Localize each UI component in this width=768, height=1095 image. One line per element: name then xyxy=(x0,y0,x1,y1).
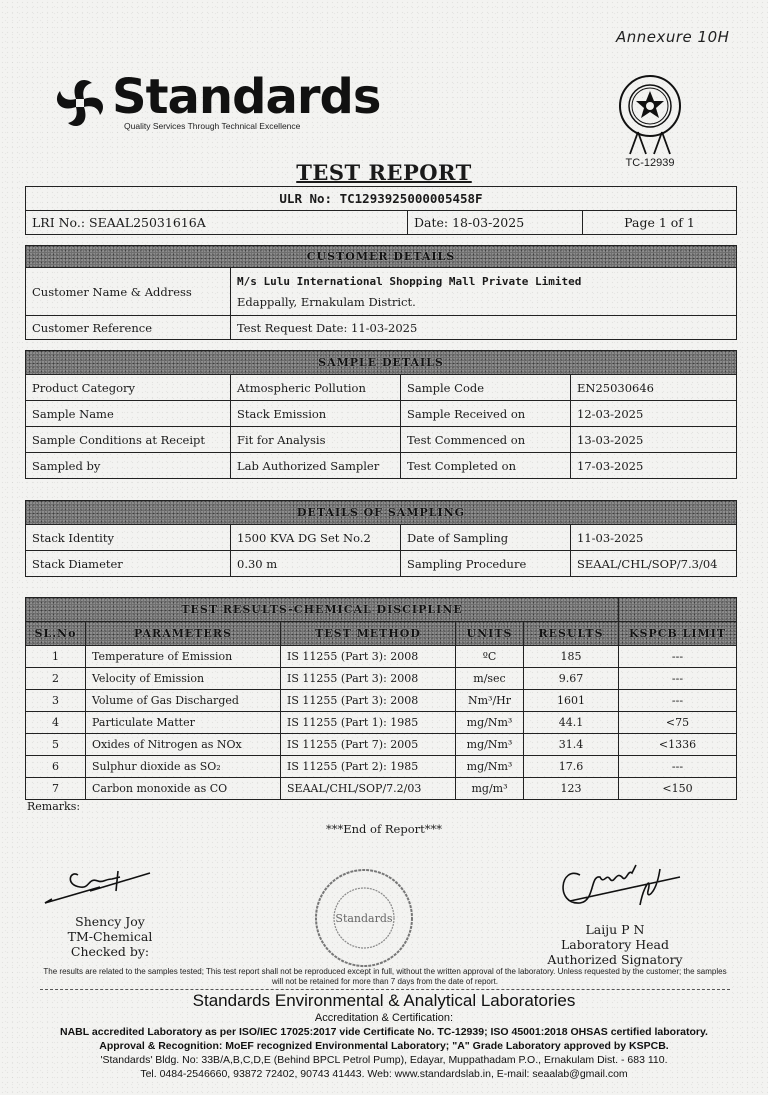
row-result: 17.6 xyxy=(524,756,619,778)
row-sl: 3 xyxy=(26,690,86,712)
section-header-sampling: DETAILS OF SAMPLING xyxy=(26,501,737,525)
row-limit: <150 xyxy=(619,778,737,800)
section-header-customer: CUSTOMER DETAILS xyxy=(26,246,737,268)
row-method: IS 11255 (Part 3): 2008 xyxy=(281,690,456,712)
row-parameter: Oxides of Nitrogen as NOx xyxy=(86,734,281,756)
row-method: IS 11255 (Part 3): 2008 xyxy=(281,668,456,690)
approval-line: Approval & Recognition: MoEF recognized … xyxy=(0,1039,768,1053)
accreditation-heading: Accreditation & Certification: xyxy=(0,1011,768,1025)
row-limit: --- xyxy=(619,668,737,690)
customer-address: Edappally, Ernakulam District. xyxy=(237,292,730,312)
checker-role: TM-Chemical xyxy=(40,929,180,944)
section-header-sample: SAMPLE DETAILS xyxy=(26,351,737,375)
checker-caption: Checked by: xyxy=(40,944,180,959)
field-value: SEAAL/CHL/SOP/7.3/04 xyxy=(571,551,737,577)
row-parameter: Particulate Matter xyxy=(86,712,281,734)
row-method: SEAAL/CHL/SOP/7.2/03 xyxy=(281,778,456,800)
table-row: 4Particulate MatterIS 11255 (Part 1): 19… xyxy=(26,712,737,734)
field-value: Lab Authorized Sampler xyxy=(231,453,401,479)
field-label: Sample Code xyxy=(401,375,571,401)
row-sl: 2 xyxy=(26,668,86,690)
table-row: 1Temperature of EmissionIS 11255 (Part 3… xyxy=(26,646,737,668)
logo-wordmark: Standards xyxy=(112,74,380,120)
row-method: IS 11255 (Part 3): 2008 xyxy=(281,646,456,668)
col-header-sl: SL.No xyxy=(26,622,86,646)
end-of-report: ***End of Report*** xyxy=(0,822,768,836)
section-header-results: TEST RESULTS-CHEMICAL DISCIPLINE xyxy=(26,598,619,622)
row-parameter: Volume of Gas Discharged xyxy=(86,690,281,712)
table-row: 5Oxides of Nitrogen as NOxIS 11255 (Part… xyxy=(26,734,737,756)
row-parameter: Velocity of Emission xyxy=(86,668,281,690)
row-unit: mg/Nm³ xyxy=(456,734,524,756)
row-result: 185 xyxy=(524,646,619,668)
nabl-seal-icon xyxy=(616,74,684,156)
field-label: Product Category xyxy=(26,375,231,401)
field-value: 0.30 m xyxy=(231,551,401,577)
col-header-units: UNITS xyxy=(456,622,524,646)
lri-number: LRI No.: SEAAL25031616A xyxy=(26,211,408,235)
signature-icon xyxy=(40,865,180,905)
page-number: Page 1 of 1 xyxy=(583,211,737,235)
logo-tagline: Quality Services Through Technical Excel… xyxy=(124,121,380,131)
address-line: 'Standards' Bldg. No: 33B/A,B,C,D,E (Beh… xyxy=(0,1053,768,1067)
row-parameter: Temperature of Emission xyxy=(86,646,281,668)
row-sl: 1 xyxy=(26,646,86,668)
report-id-table: ULR No: TC1293925000005458F LRI No.: SEA… xyxy=(25,186,737,235)
row-method: IS 11255 (Part 1): 1985 xyxy=(281,712,456,734)
nabl-accreditation-mark: TC-12939 xyxy=(614,74,686,169)
customer-details-table: CUSTOMER DETAILS Customer Name & Address… xyxy=(25,245,737,340)
col-header-method: TEST METHOD xyxy=(281,622,456,646)
field-label: Sample Conditions at Receipt xyxy=(26,427,231,453)
sample-row: Product Category Atmospheric Pollution S… xyxy=(26,375,737,401)
table-row: 2Velocity of EmissionIS 11255 (Part 3): … xyxy=(26,668,737,690)
table-row: 3Volume of Gas DischargedIS 11255 (Part … xyxy=(26,690,737,712)
field-value: Atmospheric Pollution xyxy=(231,375,401,401)
table-row: 6Sulphur dioxide as SO₂IS 11255 (Part 2)… xyxy=(26,756,737,778)
field-label: Test Commenced on xyxy=(401,427,571,453)
authorized-signature-block: Laiju P N Laboratory Head Authorized Sig… xyxy=(540,855,690,967)
row-parameter: Sulphur dioxide as SO₂ xyxy=(86,756,281,778)
row-limit: --- xyxy=(619,756,737,778)
sampling-row: Stack Identity 1500 KVA DG Set No.2 Date… xyxy=(26,525,737,551)
row-sl: 4 xyxy=(26,712,86,734)
section-header-blank xyxy=(619,598,737,622)
row-limit: --- xyxy=(619,690,737,712)
row-result: 1601 xyxy=(524,690,619,712)
report-date: Date: 18-03-2025 xyxy=(408,211,583,235)
seal-text: Standards xyxy=(335,912,392,925)
handwritten-annexure-note: Annexure 10H xyxy=(616,28,729,46)
row-result: 9.67 xyxy=(524,668,619,690)
contact-line: Tel. 0484-2546660, 93872 72402, 90743 41… xyxy=(0,1067,768,1081)
field-label: Sample Received on xyxy=(401,401,571,427)
field-label: Date of Sampling xyxy=(401,525,571,551)
row-result: 123 xyxy=(524,778,619,800)
row-result: 44.1 xyxy=(524,712,619,734)
field-label: Sampled by xyxy=(26,453,231,479)
field-label: Stack Diameter xyxy=(26,551,231,577)
field-value: Fit for Analysis xyxy=(231,427,401,453)
customer-reference: Test Request Date: 11-03-2025 xyxy=(231,316,737,340)
disclaimer-text: The results are related to the samples t… xyxy=(40,967,730,990)
accreditation-line: NABL accredited Laboratory as per ISO/IE… xyxy=(0,1025,768,1039)
row-method: IS 11255 (Part 7): 2005 xyxy=(281,734,456,756)
remarks-label: Remarks: xyxy=(27,800,80,813)
sample-row: Sample Name Stack Emission Sample Receiv… xyxy=(26,401,737,427)
sampling-row: Stack Diameter 0.30 m Sampling Procedure… xyxy=(26,551,737,577)
col-header-results: RESULTS xyxy=(524,622,619,646)
test-results-table: TEST RESULTS-CHEMICAL DISCIPLINE SL.No P… xyxy=(25,597,737,800)
field-value: 17-03-2025 xyxy=(571,453,737,479)
field-value: EN25030646 xyxy=(571,375,737,401)
pinwheel-logo-icon xyxy=(52,75,108,131)
field-label: Stack Identity xyxy=(26,525,231,551)
row-sl: 6 xyxy=(26,756,86,778)
signatory-name: Laiju P N xyxy=(540,922,690,937)
field-label: Sampling Procedure xyxy=(401,551,571,577)
laboratory-seal: Standards xyxy=(312,866,416,974)
row-unit: mg/Nm³ xyxy=(456,756,524,778)
signatory-role: Laboratory Head xyxy=(540,937,690,952)
checked-by-signature-block: Shency Joy TM-Chemical Checked by: xyxy=(40,865,180,959)
lab-footer: Standards Environmental & Analytical Lab… xyxy=(0,991,768,1081)
sample-row: Sampled by Lab Authorized Sampler Test C… xyxy=(26,453,737,479)
row-sl: 7 xyxy=(26,778,86,800)
row-sl: 5 xyxy=(26,734,86,756)
customer-name: M/s Lulu International Shopping Mall Pri… xyxy=(237,272,730,292)
row-parameter: Carbon monoxide as CO xyxy=(86,778,281,800)
row-unit: m/sec xyxy=(456,668,524,690)
customer-reference-label: Customer Reference xyxy=(26,316,231,340)
row-limit: <1336 xyxy=(619,734,737,756)
row-unit: mg/Nm³ xyxy=(456,712,524,734)
customer-name-label: Customer Name & Address xyxy=(26,268,231,316)
company-logo: Standards Quality Services Through Techn… xyxy=(52,74,380,131)
col-header-limit: KSPCB LIMIT xyxy=(619,622,737,646)
col-header-parameters: PARAMETERS xyxy=(86,622,281,646)
field-value: 11-03-2025 xyxy=(571,525,737,551)
sample-details-table: SAMPLE DETAILS Product Category Atmosphe… xyxy=(25,350,737,479)
row-unit: ºC xyxy=(456,646,524,668)
sampling-details-table: DETAILS OF SAMPLING Stack Identity 1500 … xyxy=(25,500,737,577)
checker-name: Shency Joy xyxy=(40,914,180,929)
row-unit: mg/m³ xyxy=(456,778,524,800)
row-unit: Nm³/Hr xyxy=(456,690,524,712)
signatory-caption: Authorized Signatory xyxy=(540,952,690,967)
lab-stamp-icon: Standards xyxy=(312,866,416,970)
row-limit: --- xyxy=(619,646,737,668)
field-value: 13-03-2025 xyxy=(571,427,737,453)
row-limit: <75 xyxy=(619,712,737,734)
lab-name: Standards Environmental & Analytical Lab… xyxy=(0,991,768,1011)
report-title: TEST REPORT xyxy=(0,160,768,185)
field-value: Stack Emission xyxy=(231,401,401,427)
field-value: 12-03-2025 xyxy=(571,401,737,427)
sample-row: Sample Conditions at Receipt Fit for Ana… xyxy=(26,427,737,453)
field-label: Sample Name xyxy=(26,401,231,427)
field-label: Test Completed on xyxy=(401,453,571,479)
row-result: 31.4 xyxy=(524,734,619,756)
field-value: 1500 KVA DG Set No.2 xyxy=(231,525,401,551)
ulr-number: ULR No: TC1293925000005458F xyxy=(26,187,737,211)
row-method: IS 11255 (Part 2): 1985 xyxy=(281,756,456,778)
table-row: 7Carbon monoxide as COSEAAL/CHL/SOP/7.2/… xyxy=(26,778,737,800)
signature-icon xyxy=(540,855,690,915)
